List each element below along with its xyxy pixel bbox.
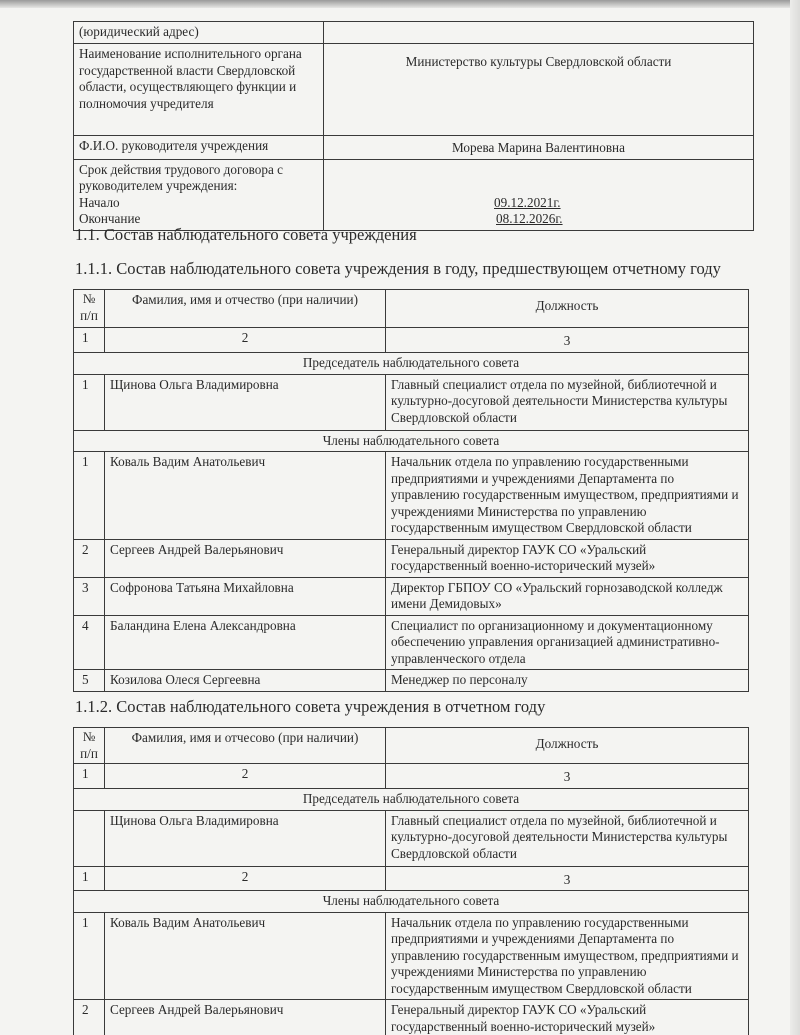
legal-address-value [324, 22, 754, 44]
chair-num [74, 810, 105, 866]
table-row: Ф.И.О. руководителя учреждения Морева Ма… [74, 136, 754, 160]
member-position: Генеральный директор ГАУК СО «Уральский … [386, 1000, 749, 1035]
header-num: № п/п [74, 290, 105, 328]
header-position: Должность [386, 290, 749, 328]
member-name: Сергеев Андрей Валерьянович [105, 1000, 386, 1035]
table-row: 4Баландина Елена АлександровнаСпециалист… [74, 615, 749, 670]
table-row: 2Сергеев Андрей ВалерьяновичГенеральный … [74, 539, 749, 577]
section-1-1-title: 1.1. Состав наблюдательного совета учреж… [75, 225, 417, 245]
member-num: 2 [74, 539, 105, 577]
table-row: Щинова Ольга Владимировна Главный специа… [74, 810, 749, 866]
chair-position: Главный специалист отдела по музейной, б… [386, 810, 749, 866]
member-num: 3 [74, 577, 105, 615]
col-num-1: 1 [74, 764, 105, 789]
member-name: Баландина Елена Александровна [105, 615, 386, 670]
col-num-3: 3 [386, 764, 749, 789]
table-row: Срок действия трудового договора с руков… [74, 159, 754, 230]
member-num: 5 [74, 670, 105, 692]
founder-label: Наименование исполнительного органа госу… [74, 44, 324, 136]
member-position: Начальник отдела по управлению государст… [386, 452, 749, 540]
column-number-row: 1 2 3 [74, 328, 749, 353]
contract-start-date: 09.12.2021г. [494, 195, 748, 212]
col-num-1: 1 [74, 328, 105, 353]
contract-end-date: 08.12.2026г. [494, 211, 748, 228]
table-row: 2Сергеев Андрей ВалерьяновичГенеральный … [74, 1000, 749, 1035]
col-num-3: 3 [386, 328, 749, 353]
scan-right-edge [790, 0, 800, 1035]
member-name: Козилова Олеся Сергеевна [105, 670, 386, 692]
member-num: 4 [74, 615, 105, 670]
member-num: 1 [74, 452, 105, 540]
chair-group-row: Председатель наблюдательного совета [74, 788, 749, 810]
member-name: Коваль Вадим Анатольевич [105, 912, 386, 1000]
board-table-reporting-year: № п/п Фамилия, имя и отчесово (при налич… [73, 727, 749, 1035]
table-row: 5Козилова Олеся СергеевнаМенеджер по пер… [74, 670, 749, 692]
table-row: 1Коваль Вадим АнатольевичНачальник отдел… [74, 452, 749, 540]
members-group-row: Члены наблюдательного совета [74, 430, 749, 452]
institution-info-table: (юридический адрес) Наименование исполни… [73, 21, 754, 231]
legal-address-label: (юридический адрес) [74, 22, 324, 44]
director-value: Морева Марина Валентиновна [324, 136, 754, 160]
header-num: № п/п [74, 728, 105, 764]
members-group-label: Члены наблюдательного совета [74, 891, 749, 913]
member-position: Специалист по организационному и докумен… [386, 615, 749, 670]
header-name: Фамилия, имя и отчесово (при наличии) [105, 728, 386, 764]
table-row: 3Софронова Татьяна МихайловнаДиректор ГБ… [74, 577, 749, 615]
contract-dates-cell: 09.12.2021г. 08.12.2026г. [324, 159, 754, 230]
header-position: Должность [386, 728, 749, 764]
member-name: Софронова Татьяна Михайловна [105, 577, 386, 615]
member-position: Начальник отдела по управлению государст… [386, 912, 749, 1000]
members-list: 1Коваль Вадим АнатольевичНачальник отдел… [74, 912, 749, 1035]
member-position: Менеджер по персоналу [386, 670, 749, 692]
scan-top-shadow [0, 0, 800, 8]
table-header-row: № п/п Фамилия, имя и отчество (при налич… [74, 290, 749, 328]
table-row: Наименование исполнительного органа госу… [74, 44, 754, 136]
chair-group-label: Председатель наблюдательного совета [74, 352, 749, 374]
contract-start-label: Начало [79, 195, 318, 212]
col-num-2: 2 [105, 764, 386, 789]
column-number-row: 1 2 3 [74, 866, 749, 891]
col-num-1: 1 [74, 866, 105, 891]
member-position: Директор ГБПОУ СО «Уральский горнозаводс… [386, 577, 749, 615]
chair-group-label: Председатель наблюдательного совета [74, 788, 749, 810]
members-list: 1Коваль Вадим АнатольевичНачальник отдел… [74, 452, 749, 692]
contract-label-cell: Срок действия трудового договора с руков… [74, 159, 324, 230]
chair-num: 1 [74, 374, 105, 430]
members-group-row: Члены наблюдательного совета [74, 891, 749, 913]
board-table-previous-year: № п/п Фамилия, имя и отчество (при налич… [73, 289, 749, 692]
chair-name: Щинова Ольга Владимировна [105, 374, 386, 430]
col-num-2: 2 [105, 328, 386, 353]
contract-label: Срок действия трудового договора с руков… [79, 162, 318, 195]
col-num-3: 3 [386, 866, 749, 891]
section-1-1-2-title: 1.1.2. Состав наблюдательного совета учр… [75, 697, 545, 717]
table-row: (юридический адрес) [74, 22, 754, 44]
col-num-2: 2 [105, 866, 386, 891]
member-num: 1 [74, 912, 105, 1000]
section-1-1-1-title: 1.1.1. Состав наблюдательного совета учр… [75, 259, 721, 279]
table-header-row: № п/п Фамилия, имя и отчесово (при налич… [74, 728, 749, 764]
chair-position: Главный специалист отдела по музейной, б… [386, 374, 749, 430]
chair-name: Щинова Ольга Владимировна [105, 810, 386, 866]
member-position: Генеральный директор ГАУК СО «Уральский … [386, 539, 749, 577]
member-num: 2 [74, 1000, 105, 1035]
members-group-label: Члены наблюдательного совета [74, 430, 749, 452]
director-label: Ф.И.О. руководителя учреждения [74, 136, 324, 160]
founder-value: Министерство культуры Свердловской облас… [324, 44, 754, 136]
table-row: 1 Щинова Ольга Владимировна Главный спец… [74, 374, 749, 430]
chair-group-row: Председатель наблюдательного совета [74, 352, 749, 374]
table-row: 1Коваль Вадим АнатольевичНачальник отдел… [74, 912, 749, 1000]
column-number-row: 1 2 3 [74, 764, 749, 789]
member-name: Коваль Вадим Анатольевич [105, 452, 386, 540]
member-name: Сергеев Андрей Валерьянович [105, 539, 386, 577]
header-name: Фамилия, имя и отчество (при наличии) [105, 290, 386, 328]
